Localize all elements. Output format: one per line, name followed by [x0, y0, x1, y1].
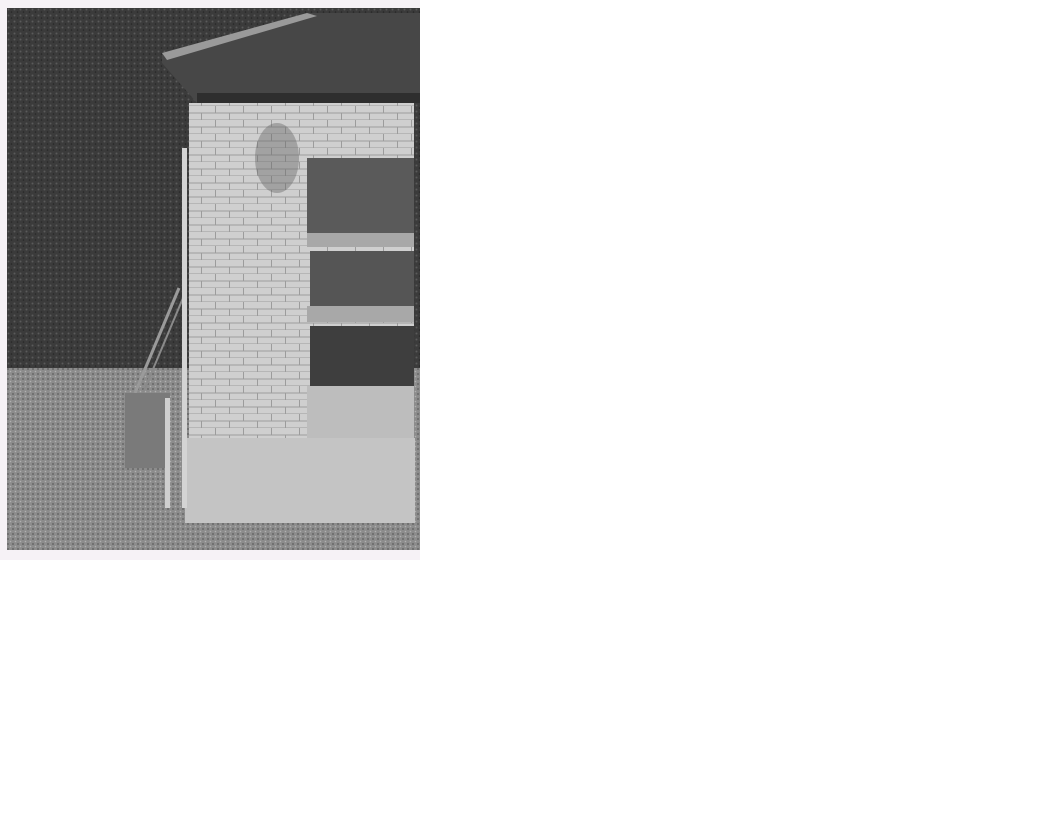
foundation — [185, 438, 415, 523]
window-upper — [307, 158, 414, 233]
container — [125, 393, 170, 468]
downspout-pipe — [182, 148, 187, 508]
window-sill-middle — [307, 306, 414, 322]
photo-drawing — [7, 8, 420, 550]
window-sill-upper — [307, 233, 414, 247]
roof-shadow — [197, 93, 420, 103]
window-middle — [310, 251, 414, 306]
window-base — [307, 386, 414, 438]
window-lower — [310, 326, 414, 386]
downspout-bottom — [165, 398, 170, 508]
building-photograph — [7, 8, 420, 550]
wall-stain — [255, 123, 299, 193]
